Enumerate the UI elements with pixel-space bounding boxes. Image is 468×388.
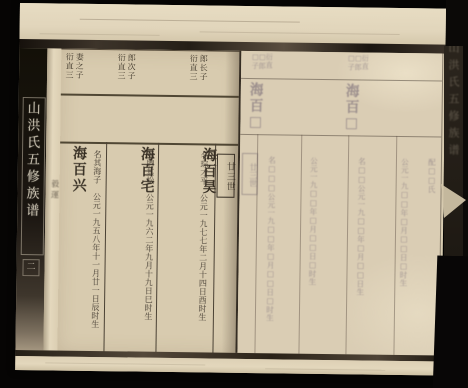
grid-vline	[155, 143, 159, 353]
lineage-note: 衍直三	[65, 53, 74, 93]
page-top-edge	[20, 3, 446, 45]
photo-background: 李山洪氏五修族谱 二 毅運 衍直三 郎长子 衍直三 郎次子 衍直三 妻之子	[0, 0, 468, 388]
grid-hline-faint	[240, 134, 441, 138]
edge-note: 毅運	[47, 179, 58, 201]
relation-label: 郎长子	[199, 54, 208, 94]
entry-detail: 名琮才平 公元一九七七年二月十四日酉时生	[197, 151, 208, 349]
spine-title: 李山洪氏五修族谱	[24, 97, 39, 220]
ghost-entry-header: 衍直□郎□子	[251, 53, 272, 77]
relation-label: 妻之子	[75, 53, 84, 93]
page-edge-streak	[40, 33, 160, 36]
entry-header: 衍直三 郎长子	[189, 54, 208, 94]
entry-name: 海百兴	[72, 146, 87, 194]
page-edge-streak	[80, 19, 300, 23]
page-edge-streak	[200, 31, 400, 35]
grid-hline-faint	[241, 78, 442, 82]
left-page: 衍直三 郎长子 衍直三 郎次子 衍直三 妻之子 海百昊 海百宅 海百兴 廿三世 …	[57, 49, 239, 354]
entry-detail: 名聘其松 公元一九六二年九月十九日巳时生	[143, 151, 154, 349]
entry-header: 衍直三 妻之子	[65, 53, 84, 93]
ghost-generation-label: 廿三世	[242, 153, 259, 195]
entry-detail: 名其海子 公元一九五八年十一月廿一日辰时生	[90, 150, 101, 348]
lineage-note: 衍直三	[117, 53, 126, 93]
ghost-detail-column: 名□□公元一九□□年□月□□日生	[356, 157, 365, 307]
relation-label: 郎次子	[127, 53, 136, 93]
ghost-detail-column: 名□□□公元一九□□年□月□□日□时生	[266, 156, 276, 341]
right-bottom-shadow	[433, 255, 468, 388]
spine-title-cartouche: 李山洪氏五修族谱	[21, 97, 46, 255]
right-spine: 山洪氏五修族谱	[444, 46, 463, 256]
ghost-entry-name: 海百□	[248, 82, 263, 132]
spine-volume-label: 二	[22, 259, 39, 276]
page-edge-streak	[45, 362, 205, 365]
grid-vline-faint	[345, 135, 349, 354]
lineage-note: 衍直三	[189, 54, 198, 94]
right-page: 廿三世 衍直□郎□子 衍直□郎□子 海百□ 海百□ 名□□□公元一九□□年□月□…	[237, 51, 443, 356]
right-spine-title: 山洪氏五修族谱	[448, 46, 459, 161]
left-spine: 李山洪氏五修族谱 二	[15, 48, 47, 350]
ghost-entry-header: 衍直□郎□子	[347, 54, 368, 78]
grid-vline-faint	[298, 135, 302, 354]
ghost-detail-column: 公元一九□□年□月□□日□时生	[399, 158, 408, 298]
grid-vline-faint	[393, 136, 397, 355]
open-genealogy-book: 李山洪氏五修族谱 二 毅運 衍直三 郎长子 衍直三 郎次子 衍直三 妻之子	[15, 3, 446, 376]
grid-hline	[61, 94, 239, 98]
grid-vline	[103, 142, 107, 352]
page-edge-streak	[265, 368, 385, 371]
ghost-detail-column: 公元一九□□年□月□□日□时生	[308, 157, 318, 327]
ghost-detail-column: 配□□氏	[427, 158, 435, 228]
ghost-entry-name: 海百□	[344, 83, 359, 133]
entry-header: 衍直三 郎次子	[117, 53, 136, 93]
